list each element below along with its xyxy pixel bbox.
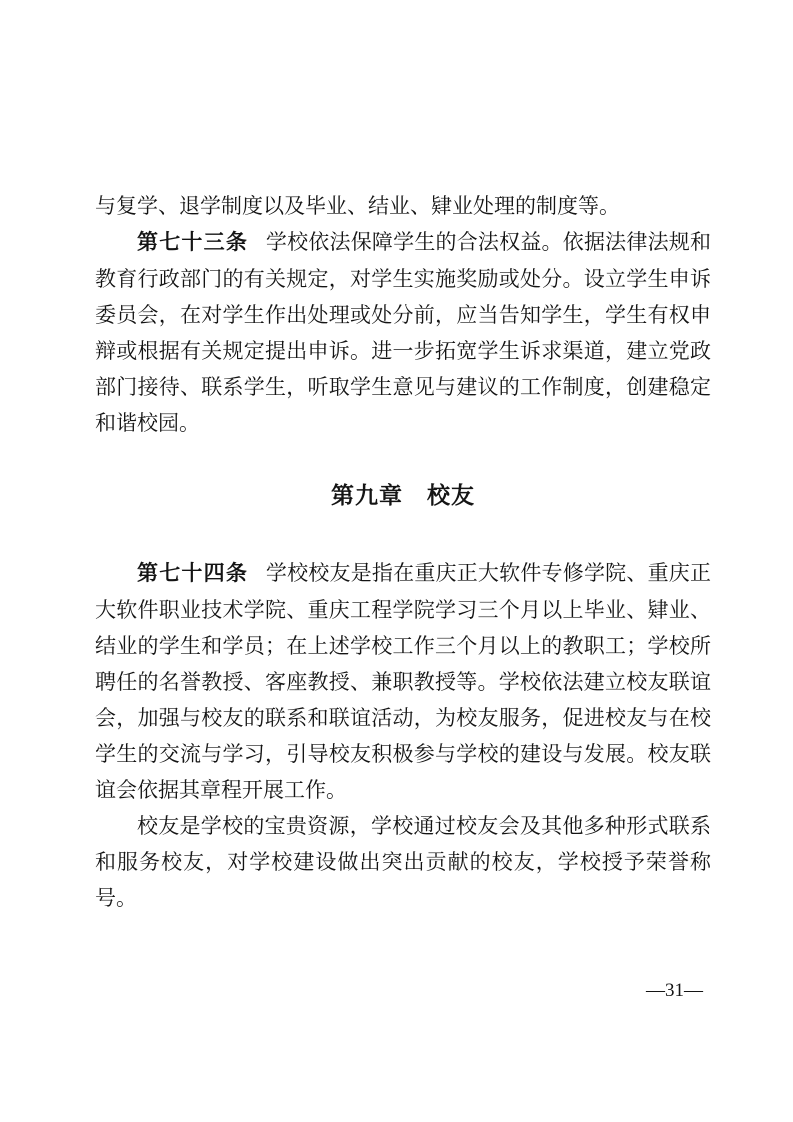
page-number: —31— — [646, 980, 703, 1002]
article-74-label: 第七十四条 — [137, 562, 248, 585]
article-73-paragraph: 第七十三条学校依法保障学生的合法权益。依据法律法规和教育行政部门的有关规定，对学… — [95, 224, 711, 441]
document-page: 与复学、退学制度以及毕业、结业、肄业处理的制度等。 第七十三条学校依法保障学生的… — [0, 0, 793, 1122]
article-73-label: 第七十三条 — [137, 231, 248, 254]
paragraph-continuation: 与复学、退学制度以及毕业、结业、肄业处理的制度等。 — [95, 188, 711, 224]
article-74-paragraph: 第七十四条学校校友是指在重庆正大软件专修学院、重庆正大软件职业技术学院、重庆工程… — [95, 555, 711, 808]
closing-paragraph: 校友是学校的宝贵资源，学校通过校友会及其他多种形式联系和服务校友，对学校建设做出… — [95, 808, 711, 916]
article-73-body: 学校依法保障学生的合法权益。依据法律法规和教育行政部门的有关规定，对学生实施奖励… — [95, 230, 711, 435]
page-content: 与复学、退学制度以及毕业、结业、肄业处理的制度等。 第七十三条学校依法保障学生的… — [95, 188, 711, 916]
article-74-body: 学校校友是指在重庆正大软件专修学院、重庆正大软件职业技术学院、重庆工程学院学习三… — [95, 561, 711, 802]
chapter-9-heading: 第九章 校友 — [95, 475, 711, 515]
